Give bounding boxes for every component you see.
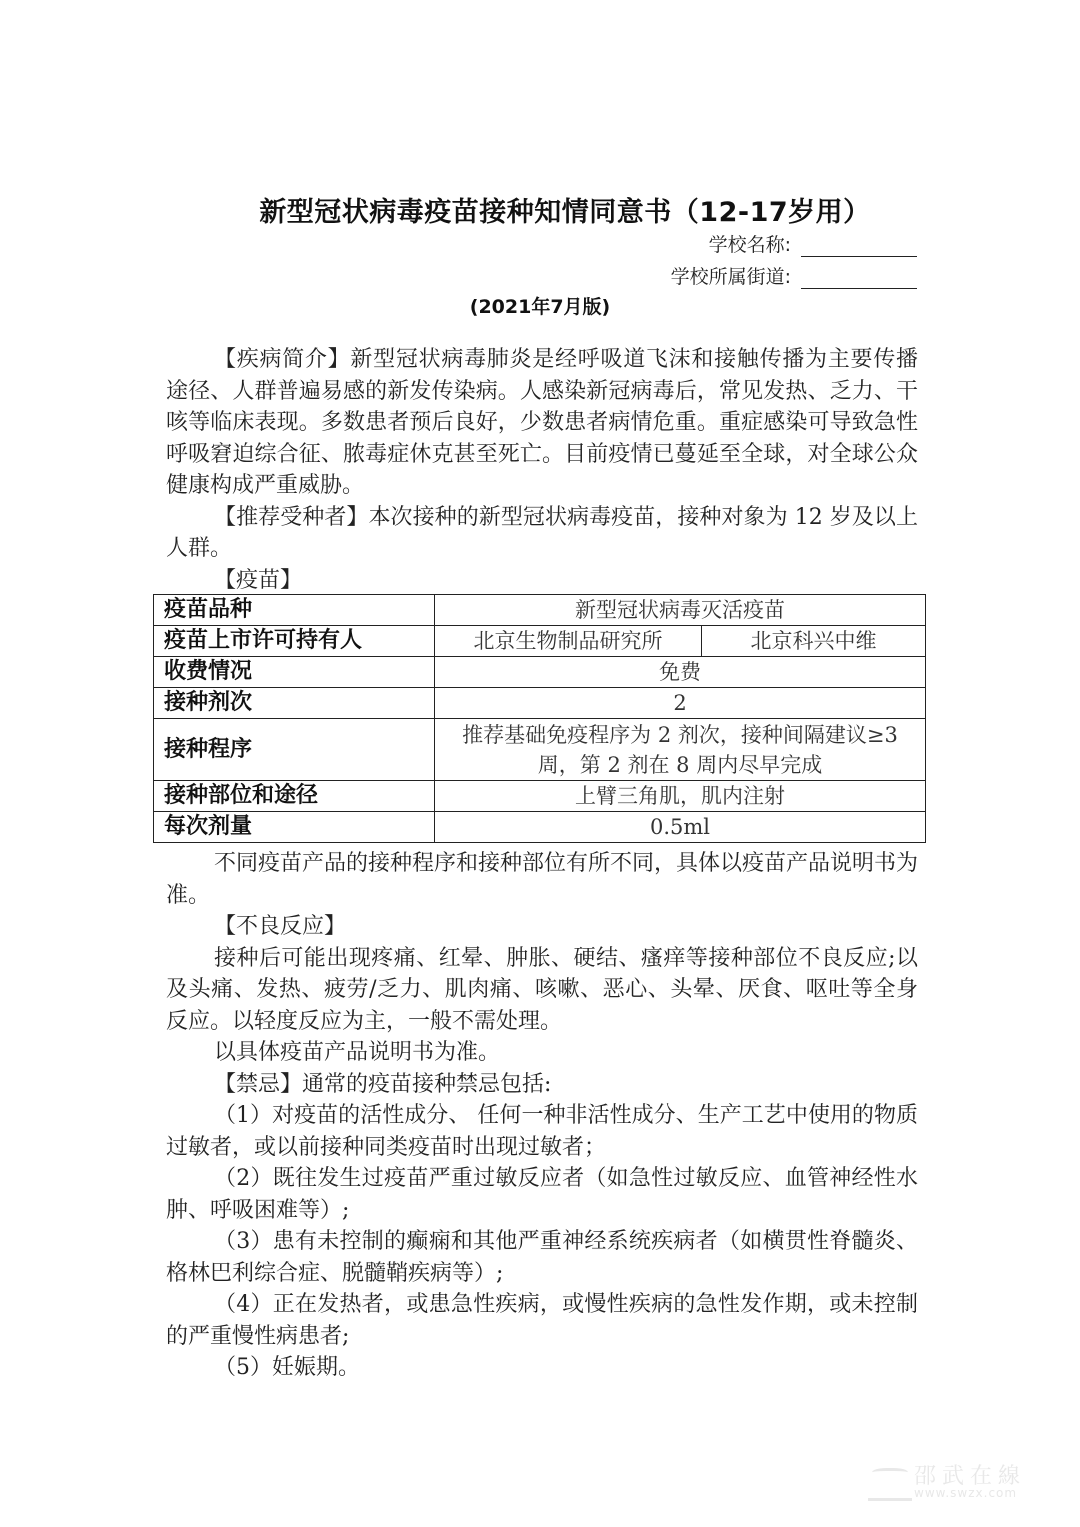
vaccine-heading: 【疫苗】	[166, 565, 918, 597]
school-name-field: 学校名称:	[709, 230, 917, 257]
school-street-field: 学校所属街道:	[671, 262, 917, 289]
contraindication-item: （4）正在发热者，或患急性疾病，或慢性疾病的急性发作期，或未控制的严重慢性病患者…	[166, 1289, 918, 1352]
table-row: 收费情况 免费	[154, 657, 926, 688]
disease-intro-label: 【疾病简介】	[214, 347, 350, 372]
recipients-paragraph: 【推荐受种者】本次接种的新型冠状病毒疫苗，接种对象为 12 岁及以上人群。	[166, 502, 918, 565]
school-street-blank[interactable]	[801, 272, 917, 289]
table-key: 每次剂量	[154, 812, 435, 843]
school-name-blank[interactable]	[801, 240, 917, 257]
table-row: 疫苗上市许可持有人 北京生物制品研究所 北京科兴中维	[154, 626, 926, 657]
adverse-reactions-text: 接种后可能出现疼痛、红晕、肿胀、硬结、瘙痒等接种部位不良反应;以及头痛、发热、疲…	[166, 943, 918, 1038]
table-key: 接种部位和途径	[154, 781, 435, 812]
contraindications-intro: 通常的疫苗接种禁忌包括:	[302, 1072, 551, 1097]
recipients-label: 【推荐受种者】	[214, 505, 368, 530]
contraindication-item: （1）对疫苗的活性成分、 任何一种非活性成分、生产工艺中使用的物质过敏者，或以前…	[166, 1100, 918, 1163]
table-value-holder-2: 北京科兴中维	[702, 626, 926, 657]
consent-form-page: 新型冠状病毒疫苗接种知情同意书（12-17岁用） 学校名称: 学校所属街道: (…	[0, 0, 1080, 1527]
intro-sections: 【疾病简介】新型冠状病毒肺炎是经呼吸道飞沫和接触传播为主要传播途径、人群普遍易感…	[166, 344, 918, 596]
table-value: 免费	[435, 657, 926, 688]
school-street-label: 学校所属街道:	[671, 262, 791, 289]
adverse-reactions-note: 以具体疫苗产品说明书为准。	[166, 1037, 918, 1069]
disease-intro-paragraph: 【疾病简介】新型冠状病毒肺炎是经呼吸道飞沫和接触传播为主要传播途径、人群普遍易感…	[166, 344, 918, 502]
table-row: 接种剂次 2	[154, 688, 926, 719]
contraindications-label: 【禁忌】	[214, 1072, 302, 1097]
table-key: 疫苗上市许可持有人	[154, 626, 435, 657]
contraindications-paragraph: 【禁忌】通常的疫苗接种禁忌包括:	[166, 1069, 918, 1101]
table-value: 上臂三角肌，肌内注射	[435, 781, 926, 812]
table-value: 推荐基础免疫程序为 2 剂次，接种间隔建议≥3 周，第 2 剂在 8 周内尽早完…	[435, 719, 926, 781]
table-value-holder-1: 北京生物制品研究所	[435, 626, 702, 657]
pavilion-logo-icon	[868, 1468, 912, 1501]
contraindication-item: （3）患有未控制的癫痫和其他严重神经系统疾病者（如横贯性脊髓炎、格林巴利综合症、…	[166, 1226, 918, 1289]
table-key: 疫苗品种	[154, 595, 435, 626]
after-table-sections: 不同疫苗产品的接种程序和接种部位有所不同，具体以疫苗产品说明书为准。 【不良反应…	[166, 848, 918, 1384]
school-name-label: 学校名称:	[709, 230, 791, 257]
vaccine-note: 不同疫苗产品的接种程序和接种部位有所不同，具体以疫苗产品说明书为准。	[166, 848, 918, 911]
document-title: 新型冠状病毒疫苗接种知情同意书（12-17岁用）	[0, 190, 1080, 229]
contraindication-item: （5）妊娠期。	[166, 1352, 918, 1384]
table-key: 接种程序	[154, 719, 435, 781]
table-row: 接种程序 推荐基础免疫程序为 2 剂次，接种间隔建议≥3 周，第 2 剂在 8 …	[154, 719, 926, 781]
table-value: 2	[435, 688, 926, 719]
table-row: 接种部位和途径 上臂三角肌，肌内注射	[154, 781, 926, 812]
table-value: 新型冠状病毒灭活疫苗	[435, 595, 926, 626]
table-key: 收费情况	[154, 657, 435, 688]
table-row: 疫苗品种 新型冠状病毒灭活疫苗	[154, 595, 926, 626]
contraindication-item: （2）既往发生过疫苗严重过敏反应者（如急性过敏反应、血管神经性水肿、呼吸困难等）…	[166, 1163, 918, 1226]
vaccine-info-table: 疫苗品种 新型冠状病毒灭活疫苗 疫苗上市许可持有人 北京生物制品研究所 北京科兴…	[153, 594, 926, 843]
document-version: (2021年7月版)	[0, 292, 1080, 319]
table-value: 0.5ml	[435, 812, 926, 843]
site-watermark: 邵武在線 www.swzx.com	[862, 1470, 1026, 1500]
table-row: 每次剂量 0.5ml	[154, 812, 926, 843]
table-key: 接种剂次	[154, 688, 435, 719]
adverse-reactions-heading: 【不良反应】	[166, 911, 918, 943]
